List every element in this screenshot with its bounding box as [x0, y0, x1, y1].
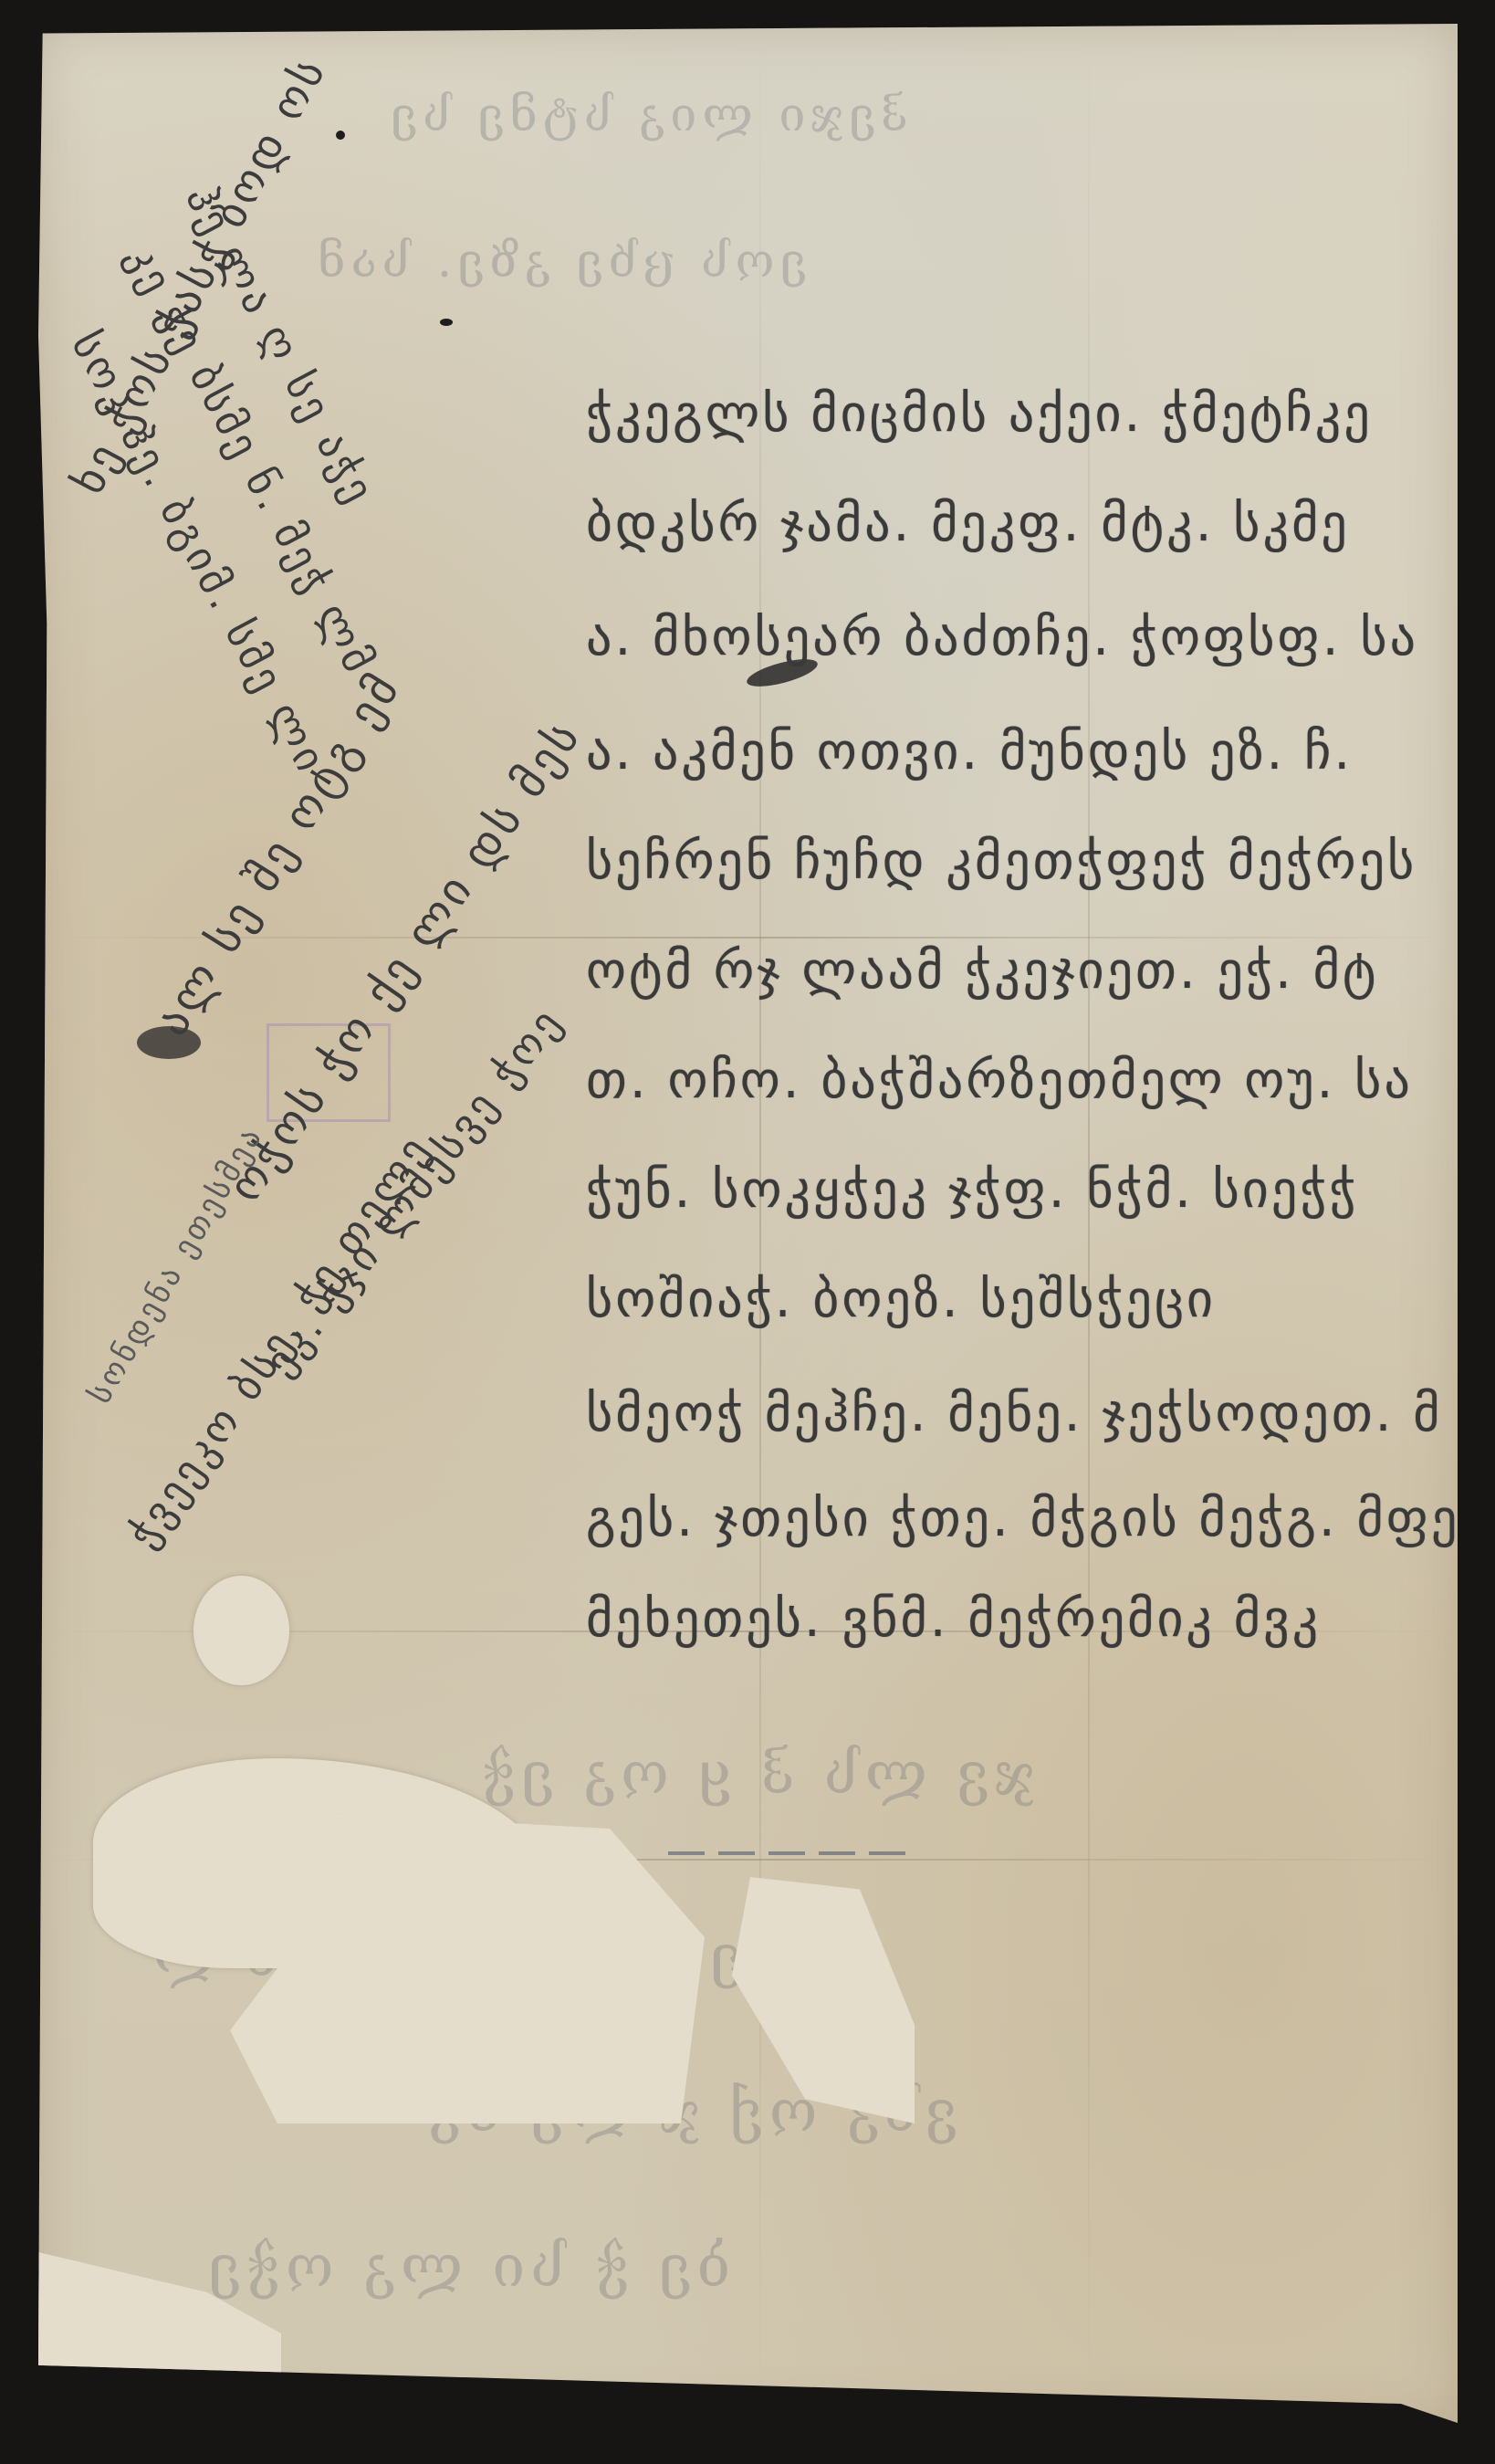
main-text-line: ა. აკმენ ოთვი. მუნდეს ეზ. ჩ.: [586, 727, 1353, 778]
main-text-line: მეხეთეს. ვნმ. მეჭრემიკ მვკ: [586, 1594, 1321, 1645]
main-text-line: ოტმ რჯ ლაამ ჭკეჯიეთ. ეჭ. მტ: [586, 946, 1379, 997]
margin-note-line: ჭვეეკო ბსე. ჭე თელე: [120, 1127, 437, 1554]
paper-repair-patch: [193, 1576, 289, 1685]
main-text-line: სეჩრენ ჩუჩდ კმეთჭფეჭ მეჭრეს: [586, 836, 1417, 887]
main-text-line: გეს. ჯთესი ჭთე. მჭგის მეჭგ. მფეჭ: [586, 1494, 1490, 1545]
main-text-line: ჭკეგლს მიცმის აქეი. ჭმეტჩკე: [586, 389, 1373, 440]
manuscript-page: ჰეჯი ლიკ სტმე სე ეოს ცხე კზე. სამ ჯვ ლს …: [38, 24, 1458, 2423]
main-text-line: თ. ოჩო. ბაჭშარზეთმელ ოუ. სა: [586, 1055, 1413, 1106]
main-text-line: ბდკსრ ჯამა. მეკფ. მტკ. სკმე: [586, 498, 1350, 550]
main-text-line: ა. მხოსეარ ბაძთჩე. ჭოფსფ. სა: [586, 613, 1418, 664]
main-text-line: სმეოჭ მეჰჩე. მენე. ჯეჭსოდეთ. მ: [586, 1389, 1443, 1440]
margin-note-line: ხე ჭოს ჭასჭ ბოდ ოს: [66, 49, 333, 500]
bleed-through-text: ჯვ ლს ჰ ყ ოკ ეჭ: [476, 1740, 1035, 1808]
bleed-through-text: ჰეჯი ლიკ სტმე სე: [385, 88, 908, 142]
bleed-through-text: ბე ჭ სი ლკ ოჭე: [203, 2233, 730, 2301]
crease-mark: [668, 1851, 915, 1855]
ink-dot: [336, 131, 345, 140]
main-text-line: სოშიაჭ. ბოეზ. სეშსჭეცი: [586, 1274, 1216, 1326]
main-text-line: ჭუნ. სოკყჭეკ ჯჭფ. ნჭმ. სიეჭჭ: [586, 1165, 1359, 1216]
ink-dot: [440, 319, 453, 326]
bleed-through-text: ეოს ცხე კზე. სამ: [312, 234, 807, 288]
